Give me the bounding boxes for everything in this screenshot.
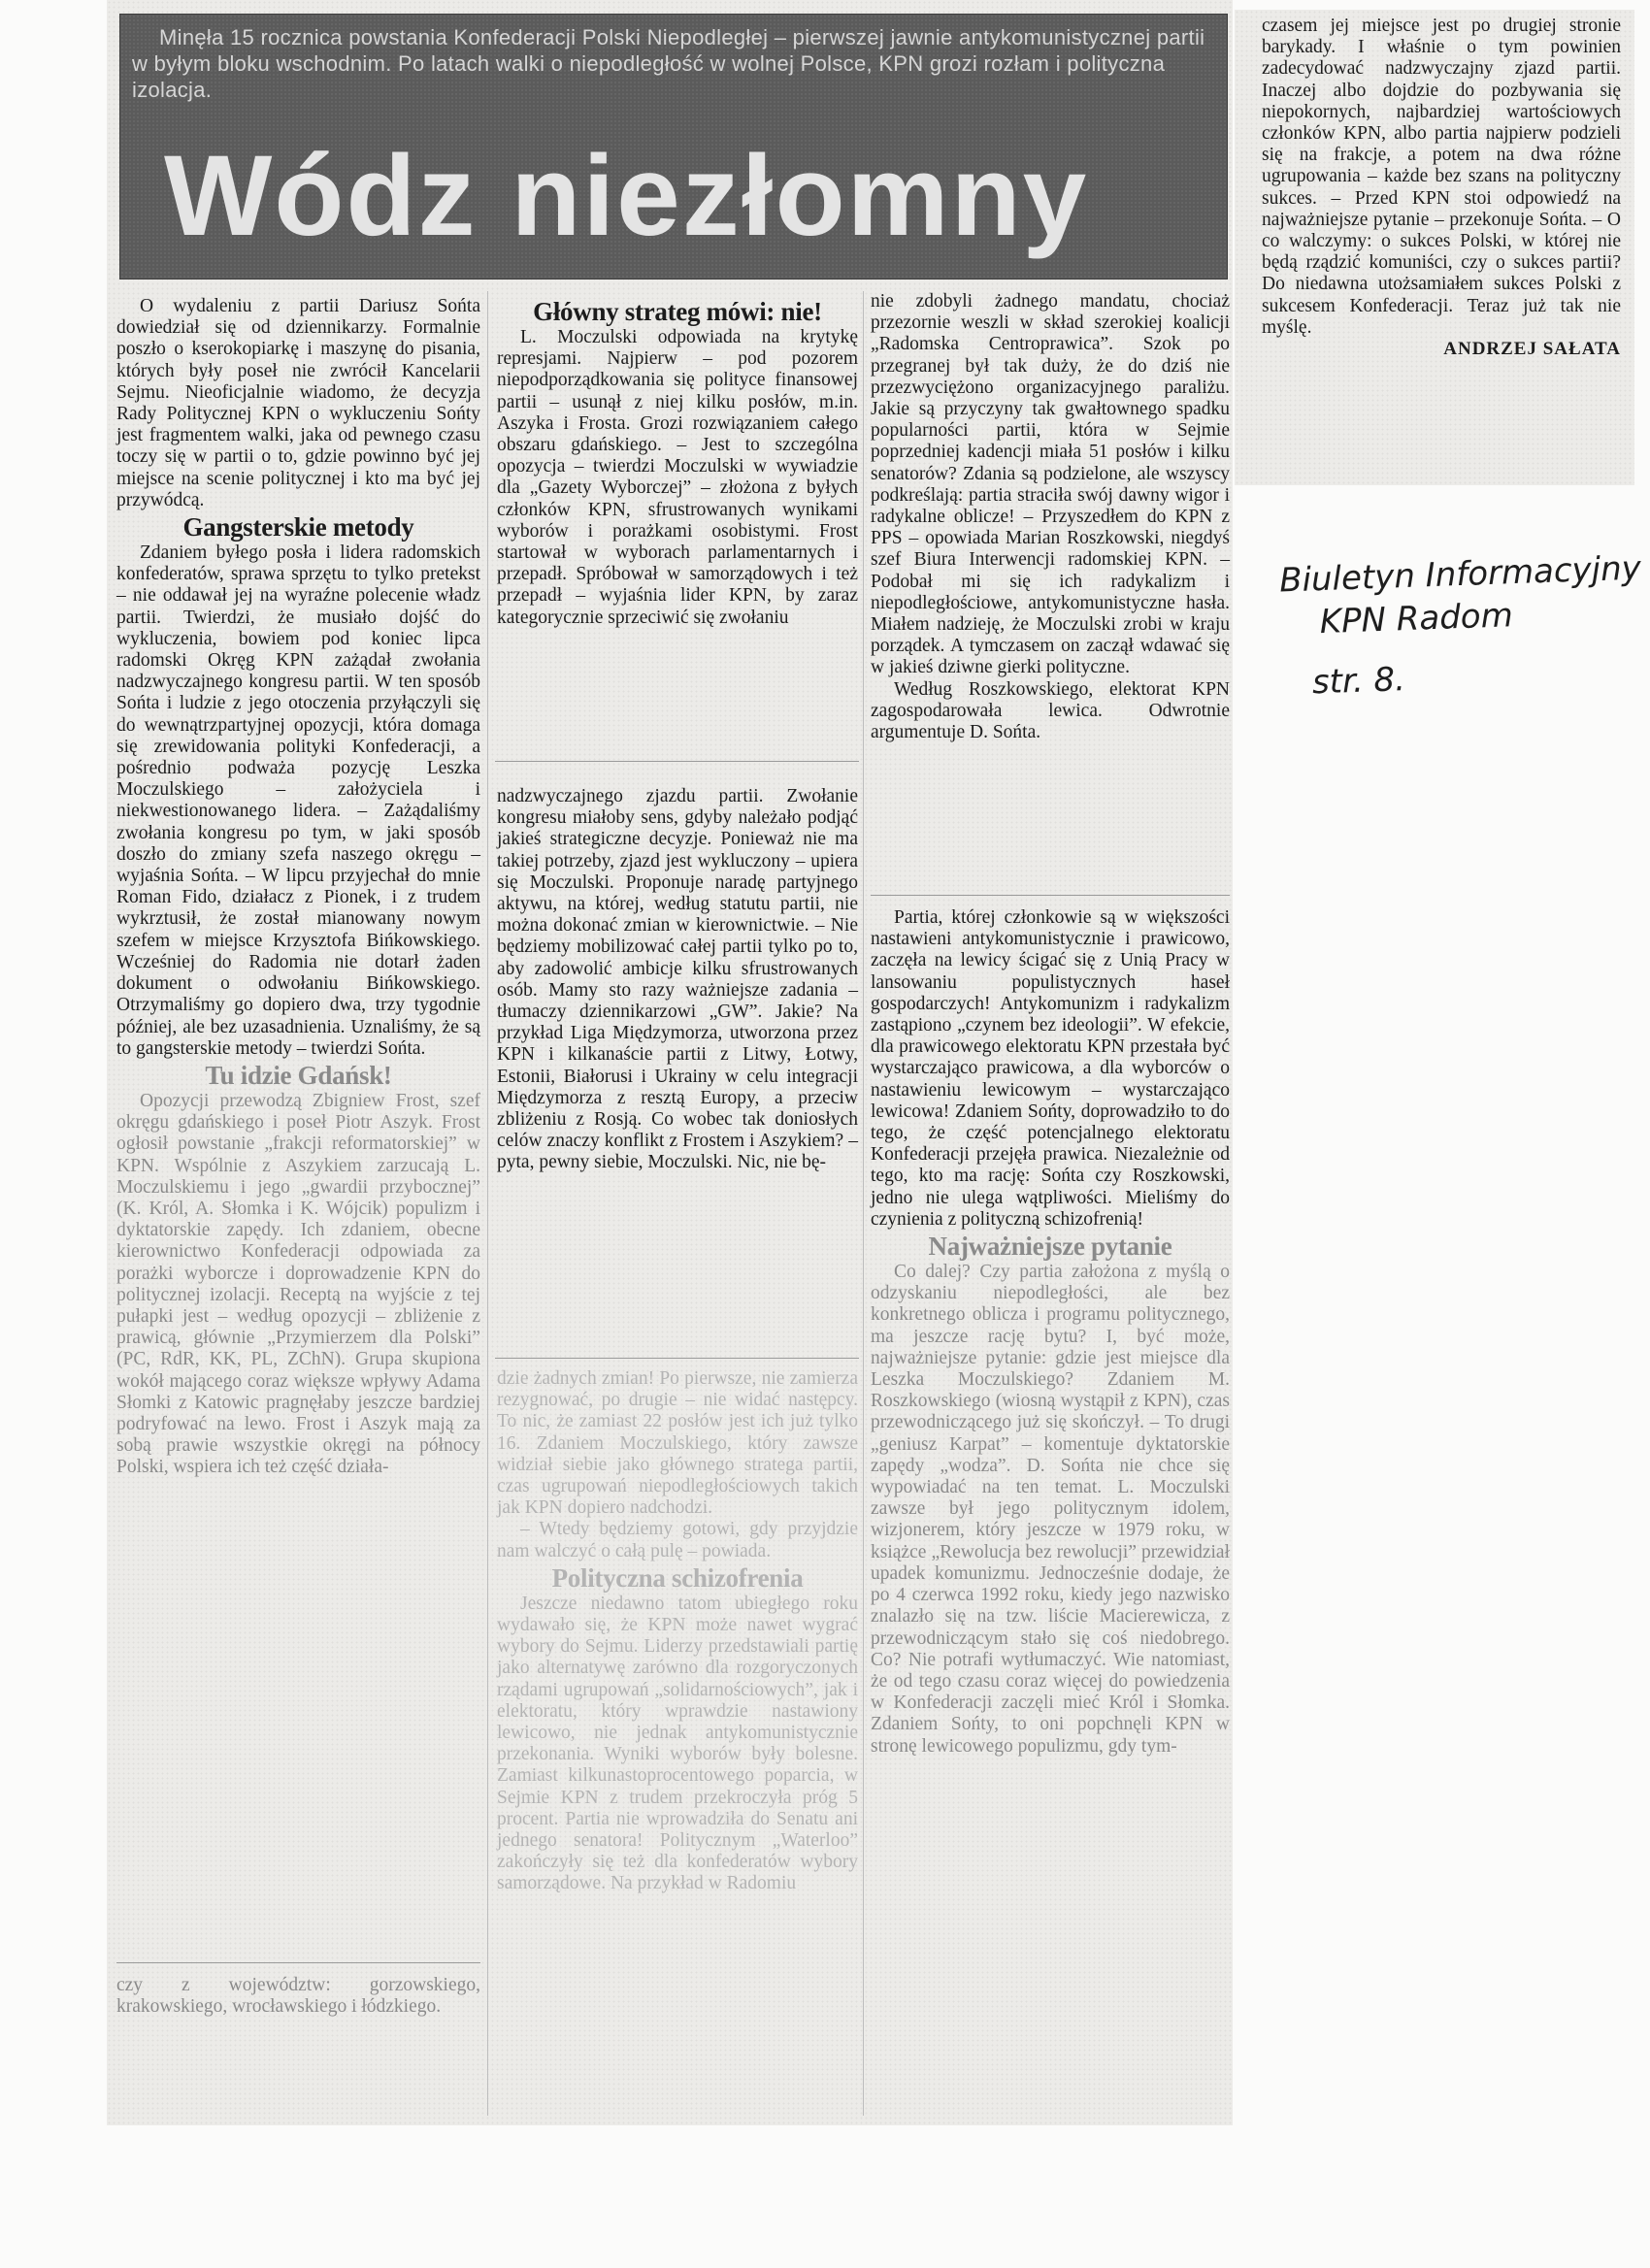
paragraph: Partia, której członkowie są w większośc… bbox=[871, 907, 1230, 1231]
subheading: Gangsterskie metody bbox=[116, 511, 480, 542]
article-column-2-tail: dzie żadnych zmian! Po pierwsze, nie zam… bbox=[497, 1368, 858, 1895]
article-column-3: nie zdobyli żadnego mandatu, chociaż prz… bbox=[871, 291, 1230, 743]
section-divider bbox=[495, 761, 859, 762]
column-divider bbox=[863, 291, 864, 2116]
article-column-2-mid: nadzwyczajnego zjazdu partii. Zwołanie k… bbox=[497, 786, 858, 1174]
paragraph: Według Roszkowskiego, elektorat KPN zago… bbox=[871, 679, 1230, 744]
subheading: Tu idzie Gdańsk! bbox=[116, 1060, 480, 1091]
paragraph: Zdaniem byłego posła i lidera radomskich… bbox=[116, 542, 480, 1060]
subheading: Najważniejsze pytanie bbox=[871, 1231, 1230, 1262]
article-column-1: O wydaleniu z partii Dariusz Sońta dowie… bbox=[116, 296, 480, 1479]
paragraph: nadzwyczajnego zjazdu partii. Zwołanie k… bbox=[497, 786, 858, 1174]
annotation-page: str. 8. bbox=[1282, 649, 1645, 705]
article-column-4: czasem jej miejsce jest po drugiej stron… bbox=[1262, 16, 1621, 360]
paragraph: – Wtedy będziemy gotowi, gdy przyjdzie n… bbox=[497, 1519, 858, 1561]
article-column-1-tail: czy z województw: gorzowskiego, krakowsk… bbox=[116, 1975, 480, 2018]
paragraph: nie zdobyli żadnego mandatu, chociaż prz… bbox=[871, 291, 1230, 679]
author-byline: ANDRZEJ SAŁATA bbox=[1262, 339, 1621, 360]
article-lead: Minęła 15 rocznica powstania Konfederacj… bbox=[132, 24, 1209, 103]
subheading: Polityczna schizofrenia bbox=[497, 1562, 858, 1594]
article-column-3-lower: Partia, której członkowie są w większośc… bbox=[871, 907, 1230, 1758]
subheading: Główny strateg mówi: nie! bbox=[497, 296, 858, 327]
paragraph: Co dalej? Czy partia założona z myślą o … bbox=[871, 1262, 1230, 1758]
paragraph: Opozycji przewodzą Zbigniew Frost, szef … bbox=[116, 1091, 480, 1479]
article-headline: Wódz niezłomny bbox=[164, 123, 1088, 269]
paragraph: dzie żadnych zmian! Po pierwsze, nie zam… bbox=[497, 1368, 858, 1519]
paragraph: czasem jej miejsce jest po drugiej stron… bbox=[1262, 16, 1621, 339]
article-column-2: Główny strateg mówi: nie! L. Moczulski o… bbox=[497, 296, 858, 629]
handwritten-annotation: Biuletyn Informacyjny KPN Radom str. 8. bbox=[1278, 547, 1645, 706]
paragraph: czy z województw: gorzowskiego, krakowsk… bbox=[116, 1975, 480, 2018]
paragraph: L. Moczulski odpowiada na krytykę repres… bbox=[497, 327, 858, 629]
column-divider bbox=[487, 291, 488, 2116]
section-divider bbox=[495, 1358, 859, 1359]
section-divider bbox=[116, 1962, 480, 1963]
paragraph: O wydaleniu z partii Dariusz Sońta dowie… bbox=[116, 296, 480, 511]
section-divider bbox=[871, 895, 1230, 896]
headline-banner: Minęła 15 rocznica powstania Konfederacj… bbox=[119, 14, 1228, 279]
paragraph: Jeszcze niedawno tatom ubiegłego roku wy… bbox=[497, 1594, 858, 1895]
